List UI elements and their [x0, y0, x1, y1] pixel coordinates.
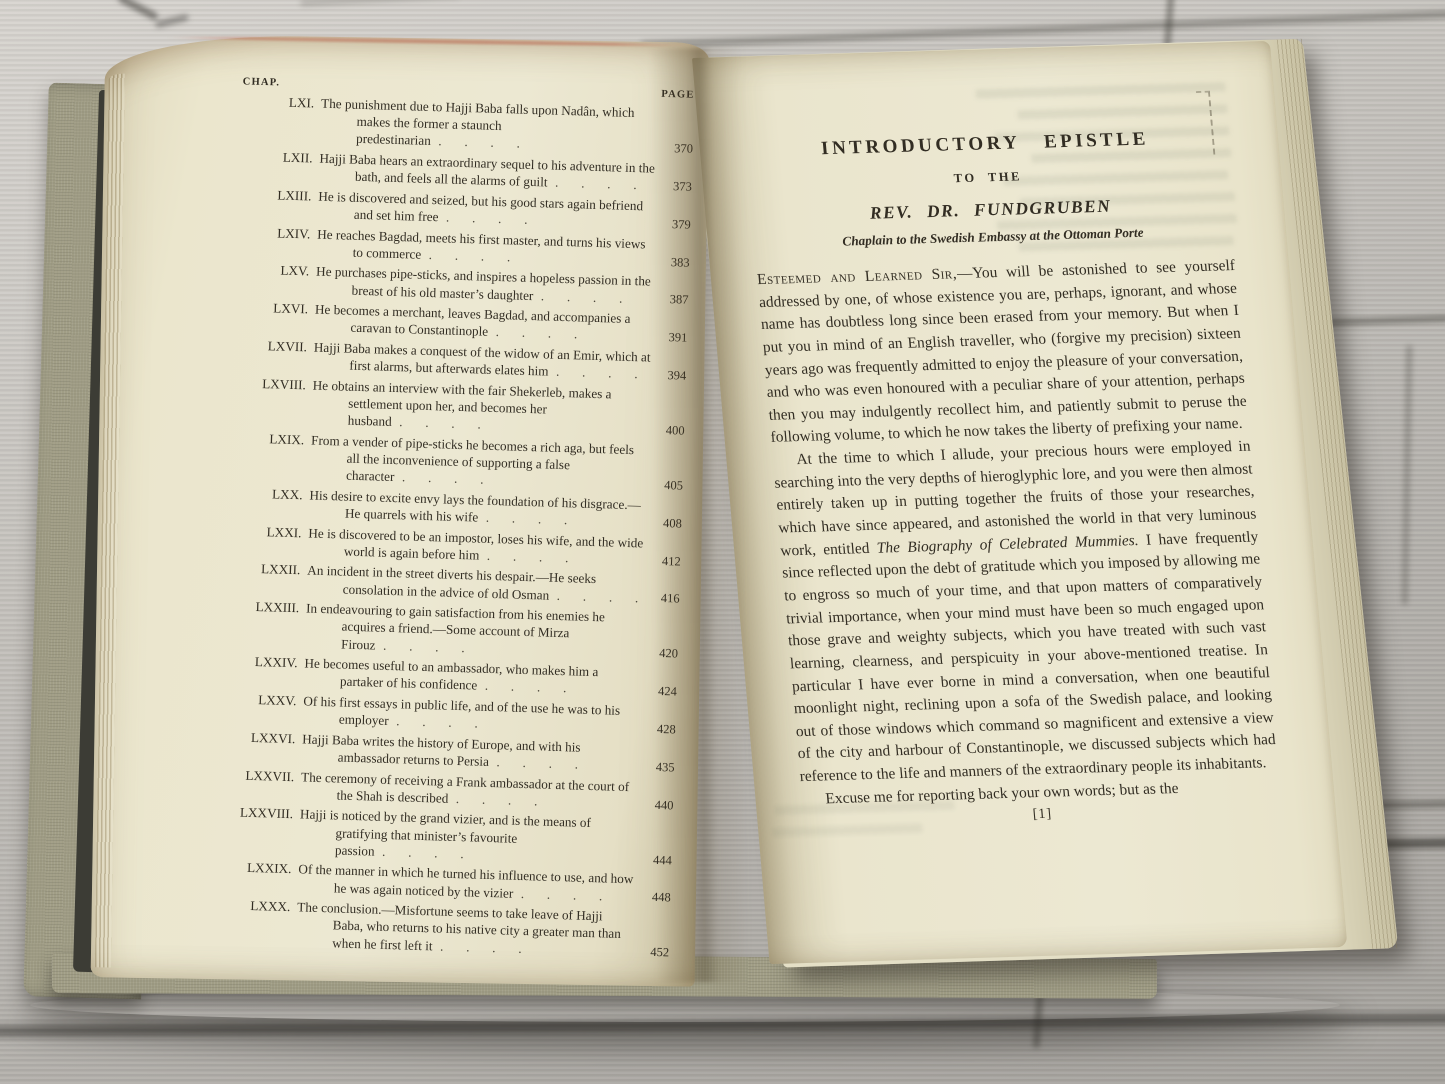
epistle-paragraphs: Esteemed and Learned Sir,—You will be as… [756, 255, 1280, 811]
dot-leader [431, 133, 522, 151]
toc-page-number: 394 [652, 367, 686, 384]
epistle-paragraph: Esteemed and Learned Sir,—You will be as… [756, 255, 1249, 450]
toc-chapter-numeral: LXXIV. [225, 652, 297, 671]
toc-chapter-numeral: LXXV. [224, 690, 296, 709]
dot-leader [394, 469, 485, 487]
toc-chapter-numeral: LXXX. [218, 896, 290, 915]
dot-leader [488, 324, 579, 342]
toc-chapter-numeral: LXXVIII. [221, 803, 293, 822]
toc-page-number: 387 [654, 291, 688, 308]
dot-leader [547, 175, 638, 193]
toc-chapter-description: An incident in the street diverts his de… [307, 562, 647, 606]
dot-leader [533, 288, 624, 306]
dot-leader [513, 885, 604, 903]
chap-header: CHAP. [243, 76, 281, 88]
epistle-title: INTRODUCTORY EPISTLE [745, 126, 1225, 162]
toc-page-number: 428 [642, 721, 676, 738]
toc-chapter-description: He becomes useful to an ambassador, who … [304, 655, 644, 699]
toc-page-number: 391 [653, 329, 687, 346]
epistle-recipient: REV. DR. FUNDGRUBEN [751, 192, 1231, 227]
dot-leader [375, 637, 466, 655]
book-photo: CHAP. PAGE LXI. The punishment due to Ha… [0, 0, 1445, 1084]
toc-page-number: 370 [659, 140, 693, 157]
dot-leader [421, 246, 512, 264]
toc-chapter-numeral: LXXVII. [222, 766, 294, 785]
dot-leader [391, 414, 482, 432]
toc-chapter-numeral: LXXIX. [219, 858, 291, 877]
toc-chapter-description: Hajji is noticed by the grand vizier, an… [299, 806, 639, 868]
dot-leader [479, 547, 570, 565]
toc-chapter-description: Hajji Baba hears an extraordinary sequel… [319, 150, 659, 194]
toc-page-number: 412 [647, 552, 681, 569]
dot-leader [438, 209, 529, 227]
toc-entry: LXXX. The conclusion.—Misfortune seems t… [217, 896, 670, 961]
toc-page-number: 435 [640, 758, 674, 775]
toc-chapter-description: Of his first essays in public life, and … [303, 692, 643, 736]
toc-chapter-numeral: LXIX. [232, 429, 304, 448]
toc-chapter-description: Of the manner in which he turned his inf… [298, 861, 638, 905]
toc-page-number: 373 [658, 178, 692, 195]
toc-chapter-description: He becomes a merchant, leaves Bagdad, an… [314, 301, 654, 345]
toc-chapter-description: The conclusion.—Misfortune seems to take… [296, 899, 636, 961]
toc-page-number: 440 [639, 796, 673, 813]
toc-page-number: 420 [644, 645, 678, 662]
toc-entry: LXVIII. He obtains an interview with the… [233, 374, 686, 439]
toc-page-number: 448 [637, 889, 671, 906]
toc-chapter-description: The ceremony of receiving a Frank ambass… [300, 768, 640, 812]
toc-chapter-numeral: LXI. [242, 92, 314, 111]
toc-page-number: 452 [635, 944, 669, 961]
toc-page-number: 379 [656, 216, 690, 233]
toc-chapter-description: The punishment due to Hajji Baba falls u… [320, 95, 660, 157]
toc-chapter-numeral: LXVI. [236, 298, 308, 317]
epistle-recipient-role: Chaplain to the Swedish Embassy at the O… [753, 222, 1232, 252]
dot-leader [489, 754, 580, 772]
toc-entry: LXIX. From a vender of pipe-sticks he be… [231, 429, 684, 494]
page-header: PAGE [661, 89, 695, 101]
toc-chapter-description: He reaches Bagdad, meets his first maste… [317, 225, 657, 269]
toc-list: LXI. The punishment due to Hajji Baba fa… [217, 92, 694, 961]
toc-chapter-numeral: LXXVI. [223, 728, 295, 747]
toc-chapter-numeral: LXXI. [229, 522, 301, 541]
toc-page-number: 416 [645, 590, 679, 607]
toc-page-number: 383 [655, 253, 689, 270]
toc-entry: LXI. The punishment due to Hajji Baba fa… [241, 92, 694, 157]
toc-chapter-description: In endeavouring to gain satisfaction fro… [305, 600, 645, 662]
toc-chapter-description: Hajji Baba makes a conquest of the widow… [313, 339, 653, 383]
toc-chapter-numeral: LXXIII. [227, 597, 299, 616]
toc-chapter-numeral: LXX. [230, 484, 302, 503]
dot-leader [448, 791, 539, 809]
toc-page-number: 405 [649, 477, 683, 494]
toc-chapter-description: He is discovered and seized, but his goo… [318, 187, 658, 231]
dot-leader [388, 713, 479, 731]
toc-chapter-numeral: LXV. [237, 261, 309, 280]
epistle-paragraph: At the time to which I allude, your prec… [772, 436, 1279, 789]
toc-chapter-description: His desire to excite envy lays the found… [309, 486, 649, 530]
epistle-subtitle: TO THE [748, 163, 1227, 192]
toc-chapter-description: Hajji Baba writes the history of Europe,… [302, 730, 642, 774]
table-of-contents: CHAP. PAGE LXI. The punishment due to Ha… [217, 76, 695, 964]
toc-page-number: 400 [650, 422, 684, 439]
epistle-text-block: INTRODUCTORY EPISTLE TO THE REV. DR. FUN… [692, 41, 1347, 964]
toc-chapter-numeral: LXIV. [238, 223, 310, 242]
dot-leader [549, 587, 640, 605]
toc-entry: LXXVIII. Hajji is noticed by the grand v… [220, 803, 673, 868]
dot-leader [477, 678, 568, 696]
dot-leader [432, 938, 523, 956]
toc-page-number: 408 [648, 514, 682, 531]
toc-chapter-numeral: LXVIII. [234, 374, 306, 393]
toc-page-number: 444 [638, 851, 672, 868]
epistle-page: INTRODUCTORY EPISTLE TO THE REV. DR. FUN… [692, 41, 1347, 964]
toc-chapter-description: He is discovered to be an impostor, lose… [308, 524, 648, 568]
dot-leader [548, 364, 639, 382]
toc-chapter-description: He purchases pipe-sticks, and inspires a… [315, 263, 655, 307]
dot-leader [478, 509, 569, 527]
contents-page: CHAP. PAGE LXI. The punishment due to Ha… [91, 33, 710, 986]
toc-chapter-description: He obtains an interview with the fair Sh… [312, 376, 652, 438]
toc-chapter-description: From a vender of pipe-sticks he becomes … [310, 431, 650, 493]
toc-chapter-numeral: LXII. [240, 147, 312, 166]
toc-chapter-numeral: LXIII. [239, 185, 311, 204]
toc-chapter-numeral: LXVII. [235, 336, 307, 355]
toc-chapter-numeral: LXXII. [228, 560, 300, 579]
dot-leader [374, 843, 465, 861]
toc-page-number: 424 [643, 683, 677, 700]
toc-entry: LXXIII. In endeavouring to gain satisfac… [226, 597, 679, 662]
